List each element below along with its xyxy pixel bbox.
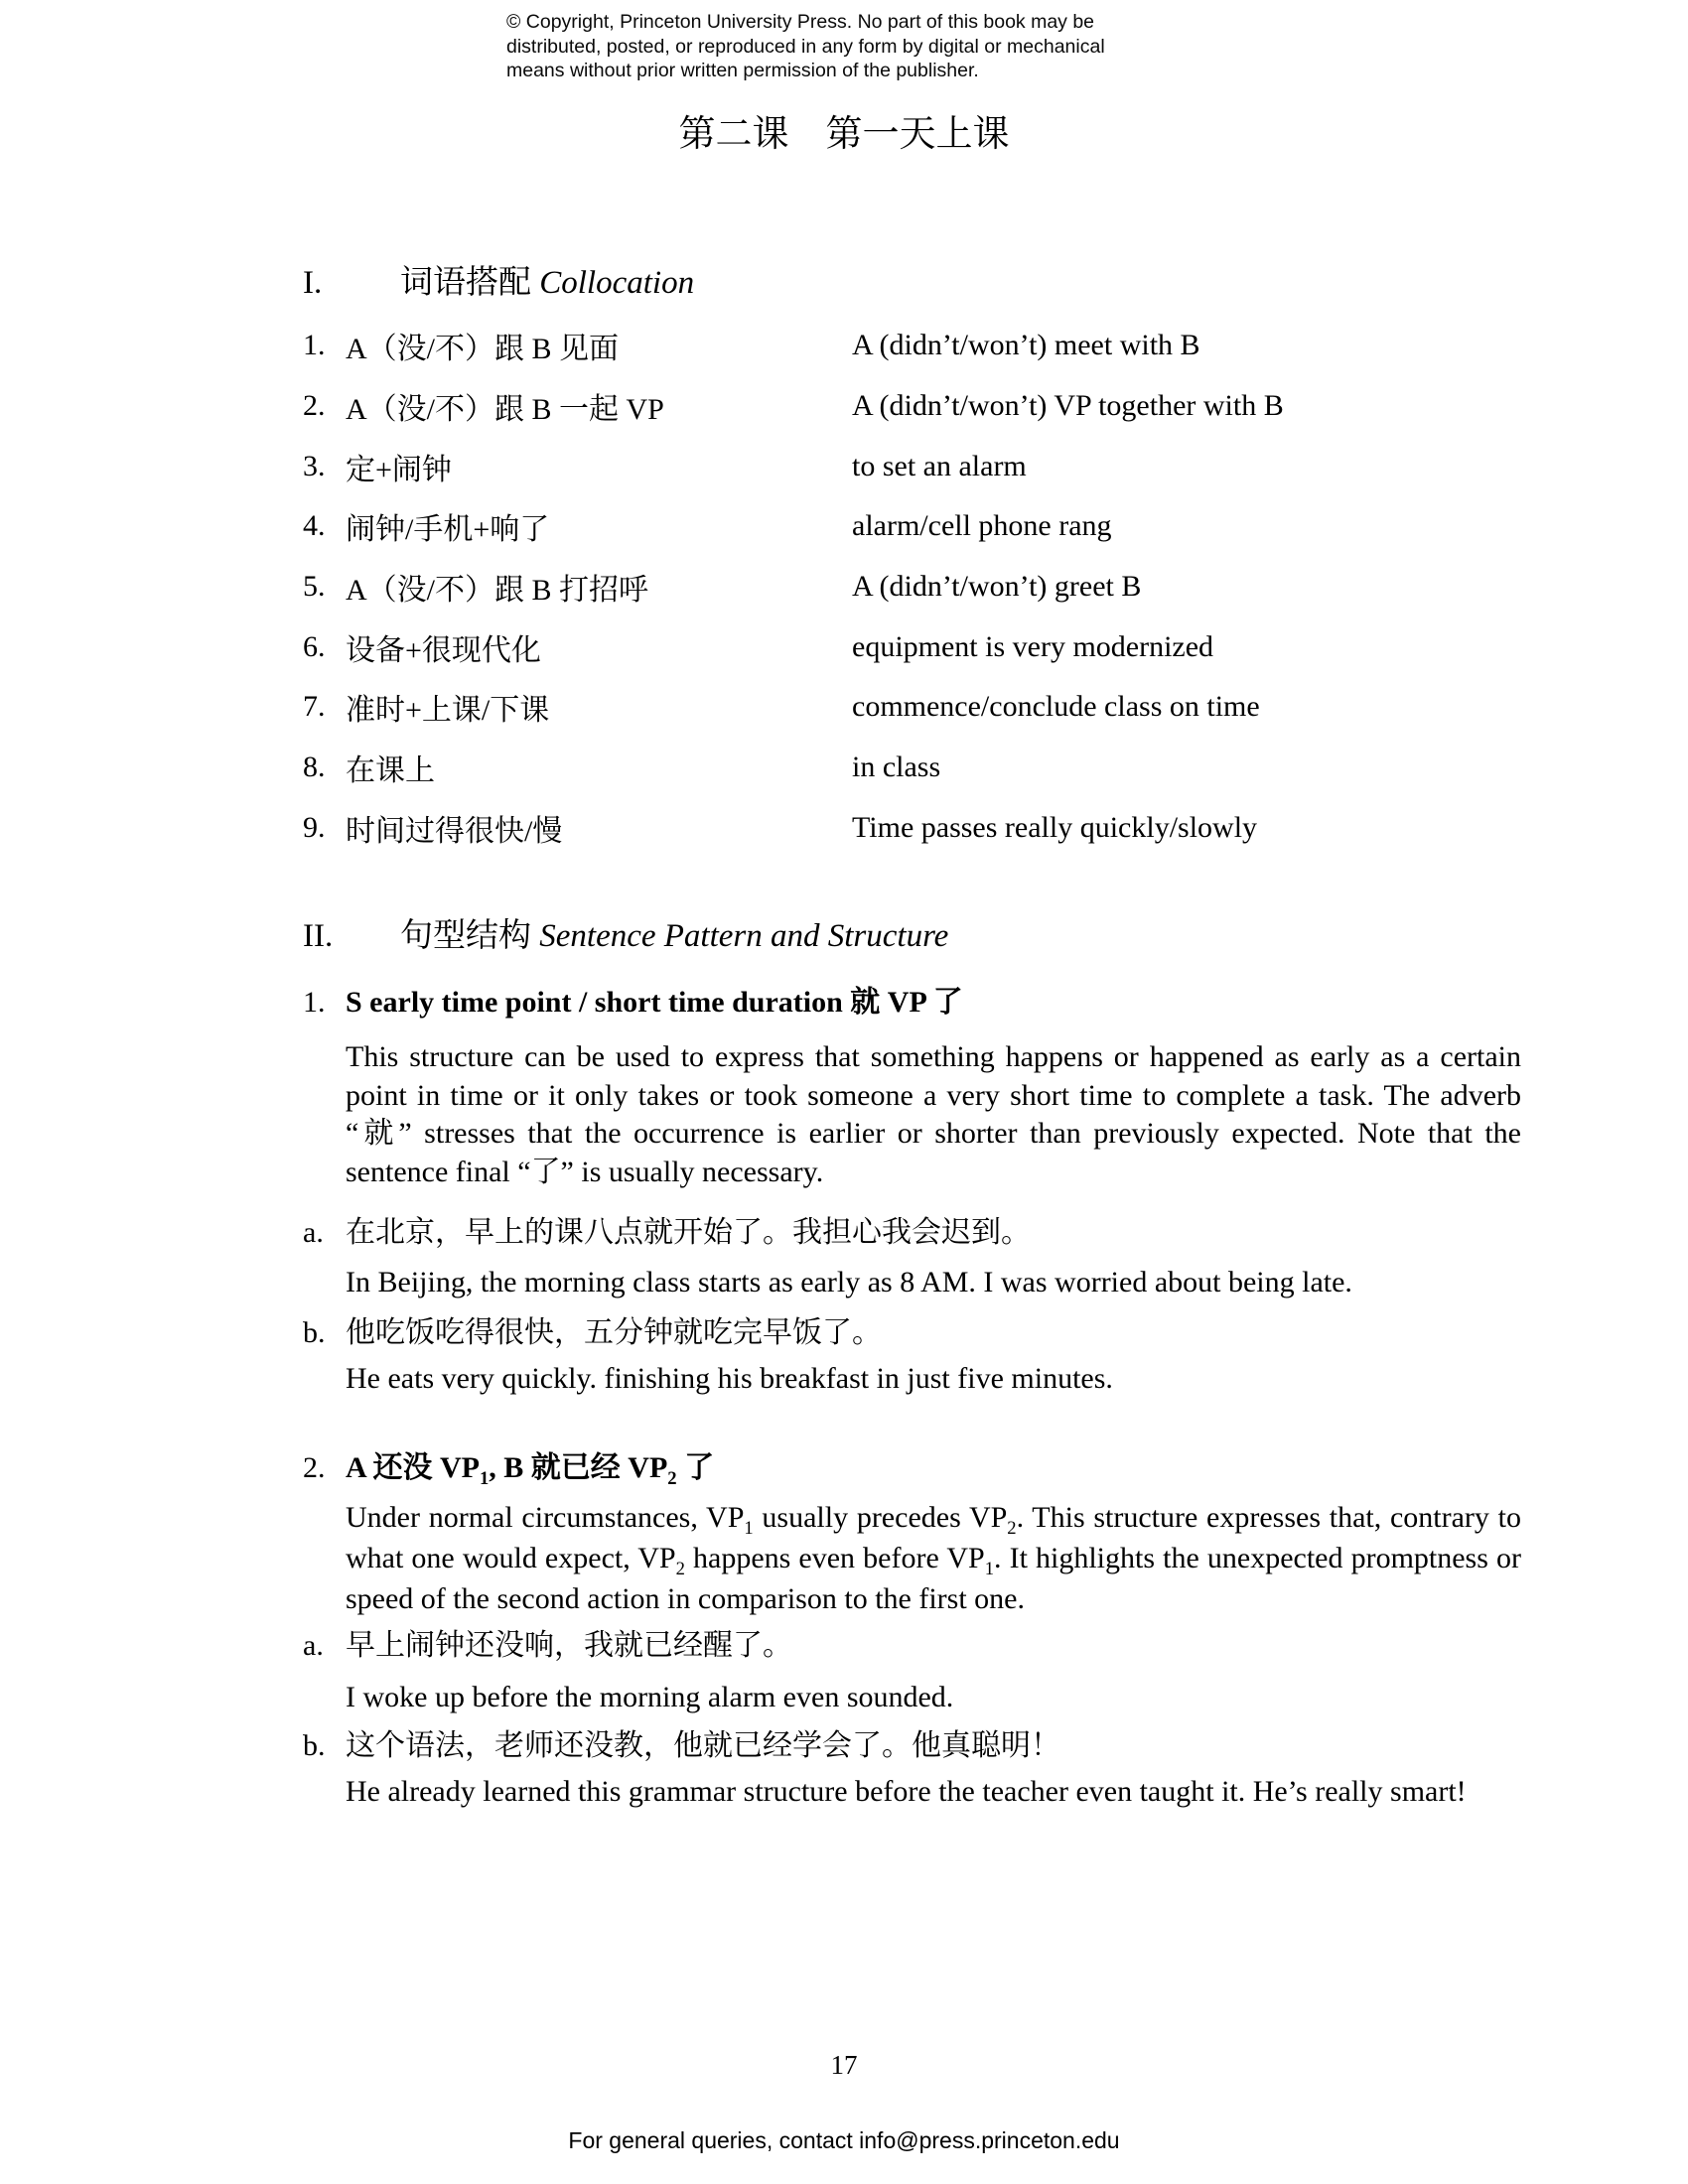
pattern-2-example-a-translation: I woke up before the morning alarm even …	[346, 1678, 1521, 1717]
pattern-1-heading: 1. S early time point / short time durat…	[303, 983, 963, 1023]
item-english: A (didn’t/won’t) greet B	[852, 570, 1521, 604]
section-2-title: 句型结构 Sentence Pattern and Structure	[400, 913, 948, 959]
section-1-heading: I. 词语搭配 Collocation	[303, 260, 694, 306]
chapter-title: 第二课 第一天上课	[0, 113, 1688, 157]
item-chinese: 设备+很现代化	[346, 625, 852, 669]
pattern-1-example-b-translation: He eats very quickly. finishing his brea…	[346, 1359, 1521, 1399]
copyright-line-1: © Copyright, Princeton University Press.…	[506, 10, 1105, 35]
example-chinese: 在北京，早上的课八点就开始了。我担心我会迟到。	[346, 1213, 1031, 1253]
example-label: a.	[303, 1626, 346, 1666]
item-number: 3.	[303, 450, 346, 483]
pattern-1-title: S early time point / short time duration…	[346, 983, 963, 1023]
copyright-line-2: distributed, posted, or reproduced in an…	[506, 35, 1105, 60]
section-1-title-en: Collocation	[539, 265, 694, 301]
pattern-2-explanation: Under normal circumstances, VP1 usually …	[346, 1497, 1521, 1619]
page-number: 17	[0, 2049, 1688, 2081]
collocation-row: 2. A（没/不）跟 B 一起 VP A (didn’t/won’t) VP t…	[303, 376, 1521, 437]
item-chinese: 定+闹钟	[346, 445, 852, 488]
item-number: 9.	[303, 811, 346, 845]
pattern-1-example-b: b. 他吃饭吃得很快，五分钟就吃完早饭了。	[303, 1313, 882, 1353]
section-2-numeral: II.	[303, 913, 400, 959]
item-chinese: 准时+上课/下课	[346, 685, 852, 729]
collocation-row: 5. A（没/不）跟 B 打招呼 A (didn’t/won’t) greet …	[303, 557, 1521, 617]
section-1-numeral: I.	[303, 260, 400, 306]
collocation-row: 6. 设备+很现代化 equipment is very modernized	[303, 616, 1521, 677]
copyright-line-3: means without prior written permission o…	[506, 59, 1105, 83]
example-chinese: 他吃饭吃得很快，五分钟就吃完早饭了。	[346, 1313, 882, 1353]
pattern-2-example-a: a. 早上闹钟还没响，我就已经醒了。	[303, 1626, 792, 1666]
example-label: b.	[303, 1726, 346, 1766]
item-chinese: 闹钟/手机+响了	[346, 504, 852, 548]
item-english: to set an alarm	[852, 450, 1521, 483]
pattern-2-example-b-translation: He already learned this grammar structur…	[346, 1772, 1521, 1812]
section-1-title-cn: 词语搭配	[400, 265, 539, 301]
pattern-1-example-a-translation: In Beijing, the morning class starts as …	[346, 1263, 1521, 1302]
pattern-number: 1.	[303, 983, 346, 1023]
example-label: a.	[303, 1213, 346, 1253]
example-chinese: 早上闹钟还没响，我就已经醒了。	[346, 1626, 792, 1666]
pattern-1-explanation: This structure can be used to express th…	[346, 1038, 1521, 1191]
collocation-row: 1. A（没/不）跟 B 见面 A (didn’t/won’t) meet wi…	[303, 316, 1521, 376]
item-number: 2.	[303, 389, 346, 423]
item-number: 4.	[303, 509, 346, 543]
item-english: alarm/cell phone rang	[852, 509, 1521, 543]
item-english: equipment is very modernized	[852, 630, 1521, 664]
item-number: 7.	[303, 690, 346, 724]
section-2-title-en: Sentence Pattern and Structure	[539, 918, 948, 954]
pattern-2-heading: 2. A 还没 VP1, B 就已经 VP2 了	[303, 1448, 714, 1488]
item-english: A (didn’t/won’t) VP together with B	[852, 389, 1521, 423]
collocation-list: 1. A（没/不）跟 B 见面 A (didn’t/won’t) meet wi…	[303, 316, 1521, 858]
item-english: A (didn’t/won’t) meet with B	[852, 329, 1521, 362]
pattern-2-title: A 还没 VP1, B 就已经 VP2 了	[346, 1448, 714, 1488]
pattern-1-example-a: a. 在北京，早上的课八点就开始了。我担心我会迟到。	[303, 1213, 1031, 1253]
footer-contact: For general queries, contact info@press.…	[0, 2126, 1688, 2154]
item-chinese: 在课上	[346, 746, 852, 789]
collocation-row: 9. 时间过得很快/慢 Time passes really quickly/s…	[303, 798, 1521, 859]
item-english: in class	[852, 751, 1521, 784]
collocation-row: 3. 定+闹钟 to set an alarm	[303, 436, 1521, 496]
item-english: Time passes really quickly/slowly	[852, 811, 1521, 845]
copyright-notice: © Copyright, Princeton University Press.…	[506, 10, 1105, 83]
item-number: 6.	[303, 630, 346, 664]
item-english: commence/conclude class on time	[852, 690, 1521, 724]
section-1-title: 词语搭配 Collocation	[400, 260, 694, 306]
document-page: © Copyright, Princeton University Press.…	[0, 0, 1688, 2184]
pattern-2-example-b: b. 这个语法，老师还没教，他就已经学会了。他真聪明！	[303, 1726, 1060, 1766]
item-chinese: A（没/不）跟 B 一起 VP	[346, 384, 852, 428]
item-number: 5.	[303, 570, 346, 604]
item-chinese: A（没/不）跟 B 打招呼	[346, 565, 852, 609]
item-chinese: 时间过得很快/慢	[346, 806, 852, 850]
item-number: 1.	[303, 329, 346, 362]
example-chinese: 这个语法，老师还没教，他就已经学会了。他真聪明！	[346, 1726, 1060, 1766]
item-number: 8.	[303, 751, 346, 784]
section-2-title-cn: 句型结构	[400, 918, 539, 954]
collocation-row: 7. 准时+上课/下课 commence/conclude class on t…	[303, 677, 1521, 738]
example-label: b.	[303, 1313, 346, 1353]
collocation-row: 8. 在课上 in class	[303, 738, 1521, 798]
collocation-row: 4. 闹钟/手机+响了 alarm/cell phone rang	[303, 496, 1521, 557]
pattern-number: 2.	[303, 1448, 346, 1488]
section-2-heading: II. 句型结构 Sentence Pattern and Structure	[303, 913, 948, 959]
item-chinese: A（没/不）跟 B 见面	[346, 324, 852, 367]
